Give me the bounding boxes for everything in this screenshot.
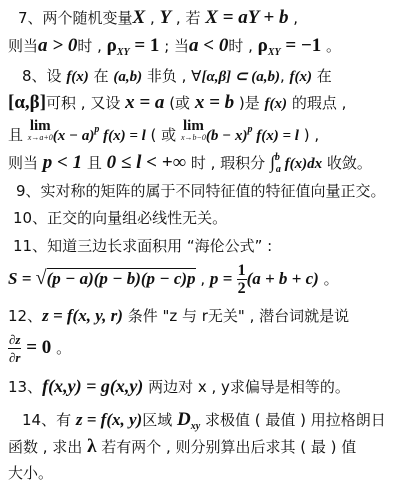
item-14-line-2: 函数 , 求出 λ 若有两个 , 则分别算出后求其 ( 最 ) 值 bbox=[8, 437, 356, 457]
text: , bbox=[288, 9, 298, 27]
text: ) , bbox=[299, 126, 319, 144]
math-condition: a < 0 bbox=[189, 35, 228, 56]
item-7-line-1: 7、两个随机变量X , Y , 若 X = aY + b , bbox=[18, 8, 298, 28]
text: 在 bbox=[89, 67, 114, 85]
math-condition: a > 0 bbox=[38, 35, 77, 56]
item-8-line-1: 8、设 f(x) 在 (a,b) 非负 , ∀[α,β] ⊂ (a,b), f(… bbox=[22, 66, 332, 87]
math-var: Y bbox=[160, 7, 172, 28]
text: 10、正交的向量组必线性无关。 bbox=[13, 209, 227, 227]
math-value: = −1 bbox=[281, 35, 322, 56]
text: 。 bbox=[319, 270, 339, 288]
text: 两边对 x , y求偏导是相等的。 bbox=[143, 378, 350, 396]
text: (或 bbox=[164, 94, 194, 112]
item-14-line-3: 大小。 bbox=[8, 463, 53, 483]
math-expr: (x − a) bbox=[53, 128, 95, 144]
text: )是 bbox=[234, 94, 264, 112]
math-function: f(x) bbox=[290, 69, 313, 85]
item-10: 10、正交的向量组必线性无关。 bbox=[13, 208, 227, 228]
lim-subscript: x→b−0 bbox=[181, 134, 206, 142]
math-expr: (a + b + c) bbox=[247, 269, 319, 288]
lim-subscript: x→a+0 bbox=[28, 134, 53, 142]
math-subscript: XY bbox=[268, 47, 281, 58]
text: 可积 , 又设 bbox=[46, 94, 125, 112]
lim-label: lim bbox=[181, 118, 206, 134]
math-function: f(x) bbox=[265, 96, 288, 112]
text: , bbox=[196, 270, 210, 288]
math-subscript: xy bbox=[191, 421, 200, 432]
math-integrand: f(x)dx bbox=[281, 156, 322, 172]
math-lhs: p = bbox=[210, 269, 237, 288]
item-12-derivative: ∂z∂r = 0 。 bbox=[8, 330, 71, 366]
text: 。 bbox=[321, 37, 341, 55]
text: 收敛。 bbox=[322, 154, 372, 172]
text: 7、两个随机变量 bbox=[18, 9, 133, 27]
text: 8、设 bbox=[22, 67, 66, 85]
text: 条件 "z 与 r无关" , 潜台词就是说 bbox=[123, 307, 349, 325]
text: 区域 bbox=[142, 411, 177, 429]
math-value: = 0 bbox=[21, 337, 51, 358]
text: 12、 bbox=[8, 307, 42, 325]
math-radicand: (p − a)(p − b)(p − c)p bbox=[47, 268, 196, 288]
item-11: 11、知道三边长求面积用 “海伦公式” : bbox=[13, 236, 272, 256]
math-interval: [α,β] ⊂ (a,b) bbox=[201, 69, 280, 85]
text: 且 bbox=[8, 126, 28, 144]
item-9: 9、实对称的矩阵的属于不同特征值的特征值向量正交。 bbox=[16, 181, 386, 201]
math-equation: x = b bbox=[195, 92, 234, 113]
math-limit: limx→a+0 bbox=[28, 118, 53, 142]
math-equation: z = f(x, y, r) bbox=[42, 306, 123, 325]
text: 则当 bbox=[8, 37, 38, 55]
math-rho: ρ bbox=[107, 35, 117, 56]
math-lhs: S = bbox=[8, 269, 36, 288]
fraction-numerator: 1 bbox=[237, 262, 247, 280]
math-partial-derivative: ∂z∂r bbox=[8, 331, 21, 366]
derivative-denominator: ∂r bbox=[8, 349, 21, 366]
text: 若有两个 , 则分别算出后求其 ( 最 ) 值 bbox=[96, 438, 356, 456]
text: 求极值 ( 最值 ) 用拉格朗日 bbox=[200, 411, 386, 429]
math-equation: x = a bbox=[125, 92, 164, 113]
math-subscript: XY bbox=[117, 47, 130, 58]
item-12: 12、z = f(x, y, r) 条件 "z 与 r无关" , 潜台词就是说 bbox=[8, 306, 349, 326]
item-13: 13、f(x,y) = g(x,y) 两边对 x , y求偏导是相等的。 bbox=[8, 376, 350, 397]
text: 14、有 bbox=[22, 411, 76, 429]
math-interval: (a,b) bbox=[113, 69, 142, 85]
text: , bbox=[280, 67, 290, 85]
text: 函数 , 求出 bbox=[8, 438, 87, 456]
sqrt-icon: √ bbox=[36, 267, 47, 289]
text: 时 , bbox=[77, 37, 106, 55]
math-equation: z = f(x, y) bbox=[76, 410, 142, 429]
math-equation: X = aY + b bbox=[205, 7, 288, 28]
math-var: X bbox=[133, 7, 146, 28]
text: 时 , 瑕积分 bbox=[186, 154, 270, 172]
text: 大小。 bbox=[8, 464, 53, 482]
text: , 若 bbox=[171, 9, 205, 27]
item-8-line-3: 且 limx→a+0(x − a)p f(x) = l ( 或 limx→b−0… bbox=[8, 118, 319, 148]
math-fraction: 12 bbox=[237, 262, 247, 297]
item-8-line-2: [α,β]可积 , 又设 x = a (或 x = b )是 f(x) 的瑕点 … bbox=[8, 93, 346, 114]
text: 11、知道三边长求面积用 “海伦公式” : bbox=[13, 237, 272, 255]
text: 非负 , ∀ bbox=[142, 67, 201, 85]
math-value: = 1 bbox=[130, 35, 160, 56]
text: 的瑕点 , bbox=[287, 94, 346, 112]
math-equation: f(x,y) = g(x,y) bbox=[42, 376, 143, 396]
item-14-line-1: 14、有 z = f(x, y)区域 Dxy 求极值 ( 最值 ) 用拉格朗日 bbox=[22, 410, 386, 437]
math-condition: 0 ≤ l < +∞ bbox=[107, 152, 186, 173]
math-expr: f(x) = l bbox=[99, 128, 145, 144]
text: 且 bbox=[82, 154, 107, 172]
text: ; 当 bbox=[159, 37, 189, 55]
math-interval: [α,β] bbox=[8, 92, 46, 113]
text: , bbox=[145, 9, 159, 27]
text: 则当 bbox=[8, 154, 43, 172]
item-8-line-4: 则当 p < 1 且 0 ≤ l < +∞ 时 , 瑕积分 ∫ba f(x)dx… bbox=[8, 148, 372, 180]
math-limit: limx→b−0 bbox=[181, 118, 206, 142]
item-11-formula: S = √(p − a)(p − b)(p − c)p , p = 12(a +… bbox=[8, 260, 339, 297]
math-domain: D bbox=[177, 409, 191, 430]
text: 在 bbox=[312, 67, 332, 85]
text: 9、实对称的矩阵的属于不同特征值的特征值向量正交。 bbox=[16, 182, 386, 200]
math-expr: f(x) = l bbox=[253, 128, 299, 144]
item-7-line-2: 则当a > 0时 , ρXY = 1 ; 当a < 0时 , ρXY = −1 … bbox=[8, 36, 341, 63]
math-condition: p < 1 bbox=[43, 152, 82, 173]
fraction-denominator: 2 bbox=[237, 280, 247, 297]
text: ( 或 bbox=[146, 126, 181, 144]
lim-label: lim bbox=[28, 118, 53, 134]
math-expr: (b − x) bbox=[206, 128, 248, 144]
text: 13、 bbox=[8, 378, 42, 396]
text: 时 , bbox=[228, 37, 257, 55]
derivative-numerator: ∂z bbox=[8, 331, 21, 349]
integral-upper: b bbox=[275, 152, 280, 163]
text: 。 bbox=[51, 339, 71, 357]
math-rho: ρ bbox=[258, 35, 268, 56]
math-function: f(x) bbox=[66, 69, 89, 85]
